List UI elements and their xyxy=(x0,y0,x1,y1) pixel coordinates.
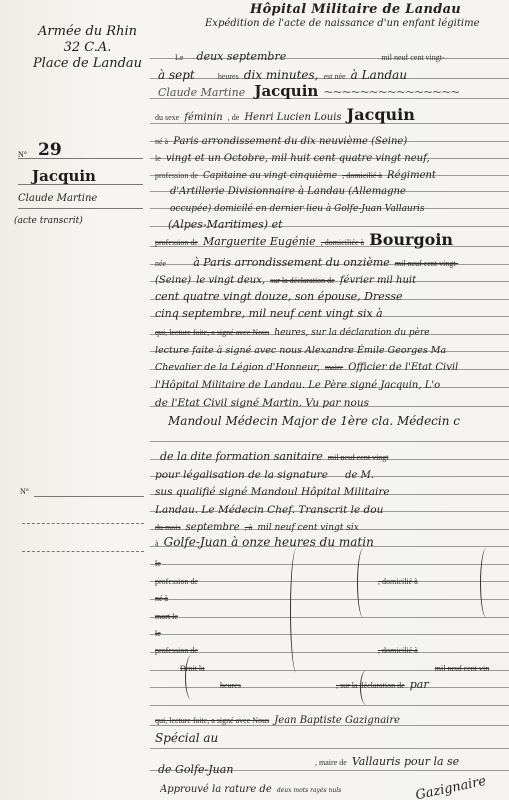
blank-entry-number-label: N° xyxy=(20,487,29,496)
text-line-4: du sexe féminin , de Henri Lucien Louis … xyxy=(155,105,509,124)
entry-surname: Jacquin xyxy=(32,167,96,185)
text-line-19: l'Hôpital Militaire de Landau. Le Père s… xyxy=(155,373,509,392)
entry-number: 29 xyxy=(38,140,62,160)
text-line-15: cinq septembre, mil neuf cent vingt six … xyxy=(155,302,509,321)
text-line-39: de Golfe-Juan xyxy=(158,758,509,777)
document-page: Hôpital Militaire de Landau Expédition d… xyxy=(0,0,509,800)
text-line-28: le xyxy=(155,551,509,570)
text-line-20: de l'Etat Civil signé Martin. Vu par nou… xyxy=(155,391,509,410)
fill-squiggle xyxy=(357,548,370,618)
surname-line xyxy=(18,184,143,185)
fill-squiggle xyxy=(185,655,198,700)
text-line-16: qui, lecture faite, a signé avec Nous he… xyxy=(155,320,509,339)
blank-given-line xyxy=(22,551,144,552)
fill-squiggle xyxy=(290,548,303,673)
text-line-27: à Golfe-Juan à onze heures du matin xyxy=(155,531,509,550)
blank-number-line xyxy=(34,496,144,497)
fill-squiggle xyxy=(480,548,493,618)
given-names-line xyxy=(18,208,143,209)
text-line-30: né à xyxy=(155,586,509,605)
text-line-37: Spécial au xyxy=(155,727,509,746)
place-line: Place de Landau xyxy=(20,56,155,72)
text-line-36: qui, lecture faite, a signé avec Nous Je… xyxy=(155,708,509,727)
army-heading: Armée du Rhin 32 C.A. Place de Landau xyxy=(20,24,155,72)
text-line-33: profession de , domicilié à xyxy=(155,638,509,657)
left-margin: Armée du Rhin 32 C.A. Place de Landau N°… xyxy=(0,0,150,800)
document-title: Hôpital Militaire de Landau xyxy=(250,2,461,17)
text-line-11: profession de Marguerite Eugénie , domic… xyxy=(155,230,509,249)
text-line-24: sus qualifié signé Mandoul Hôpital Milit… xyxy=(155,480,509,499)
text-line-21: Mandoul Médecin Major de 1ère cla. Médec… xyxy=(168,410,509,429)
text-line-18: Chevalier de la Légion d'Honneur, maire … xyxy=(155,355,509,374)
fill-squiggle xyxy=(360,670,373,705)
entry-note: (acte transcrit) xyxy=(14,216,83,226)
text-line-22: de la dite formation sanitaire mil neuf … xyxy=(160,445,509,464)
document-subtitle: Expédition de l'acte de naissance d'un e… xyxy=(205,18,480,29)
entry-number-line xyxy=(18,158,143,159)
text-line-3: Claude Martine Jacquin ~~~~~~~~~~~~~~~ xyxy=(158,81,509,100)
blank-surname-line xyxy=(22,523,144,524)
corps-line: 32 C.A. xyxy=(20,40,155,56)
entry-given-names: Claude Martine xyxy=(18,193,97,204)
army-line: Armée du Rhin xyxy=(20,24,155,40)
text-line-1: Le deux septembre mil neuf cent vingt- xyxy=(175,45,509,64)
